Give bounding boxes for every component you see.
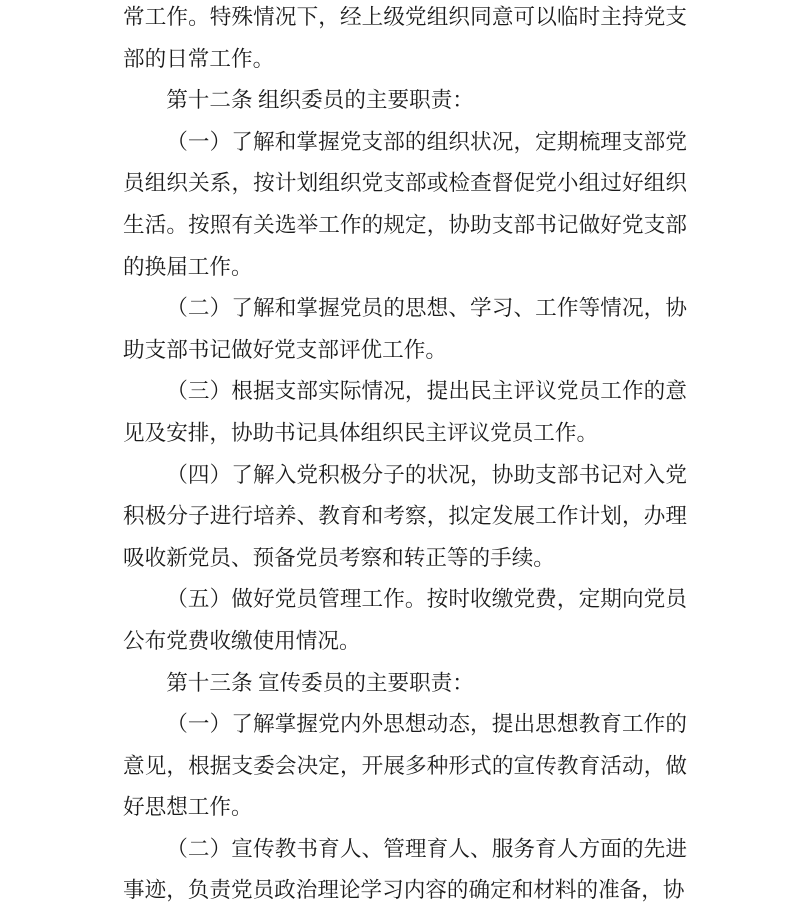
article-12-heading: 第十二条 组织委员的主要职责：: [123, 80, 687, 122]
article-12-item-2: （二）了解和掌握党员的思想、学习、工作等情况，协助支部书记做好党支部评优工作。: [123, 288, 687, 371]
article-13-heading: 第十三条 宣传委员的主要职责：: [123, 663, 687, 705]
article-12-item-1: （一）了解和掌握党支部的组织状况，定期梳理支部党员组织关系，按计划组织党支部或检…: [123, 122, 687, 288]
continuation-paragraph: 常工作。特殊情况下，经上级党组织同意可以临时主持党支部的日常工作。: [123, 0, 687, 80]
article-12-item-5: （五）做好党员管理工作。按时收缴党费，定期向党员公布党费收缴使用情况。: [123, 579, 687, 662]
document-page: 常工作。特殊情况下，经上级党组织同意可以临时主持党支部的日常工作。 第十二条 组…: [0, 0, 799, 916]
article-13-item-1: （一）了解掌握党内外思想动态，提出思想教育工作的意见，根据支委会决定，开展多种形…: [123, 704, 687, 829]
article-13-item-2: （二）宣传教书育人、管理育人、服务育人方面的先进事迹，负责党员政治理论学习内容的…: [123, 829, 687, 912]
document-body: 常工作。特殊情况下，经上级党组织同意可以临时主持党支部的日常工作。 第十二条 组…: [123, 0, 687, 912]
article-12-item-4: （四）了解入党积极分子的状况，协助支部书记对入党积极分子进行培养、教育和考察，拟…: [123, 455, 687, 580]
article-12-item-3: （三）根据支部实际情况，提出民主评议党员工作的意见及安排，协助书记具体组织民主评…: [123, 371, 687, 454]
